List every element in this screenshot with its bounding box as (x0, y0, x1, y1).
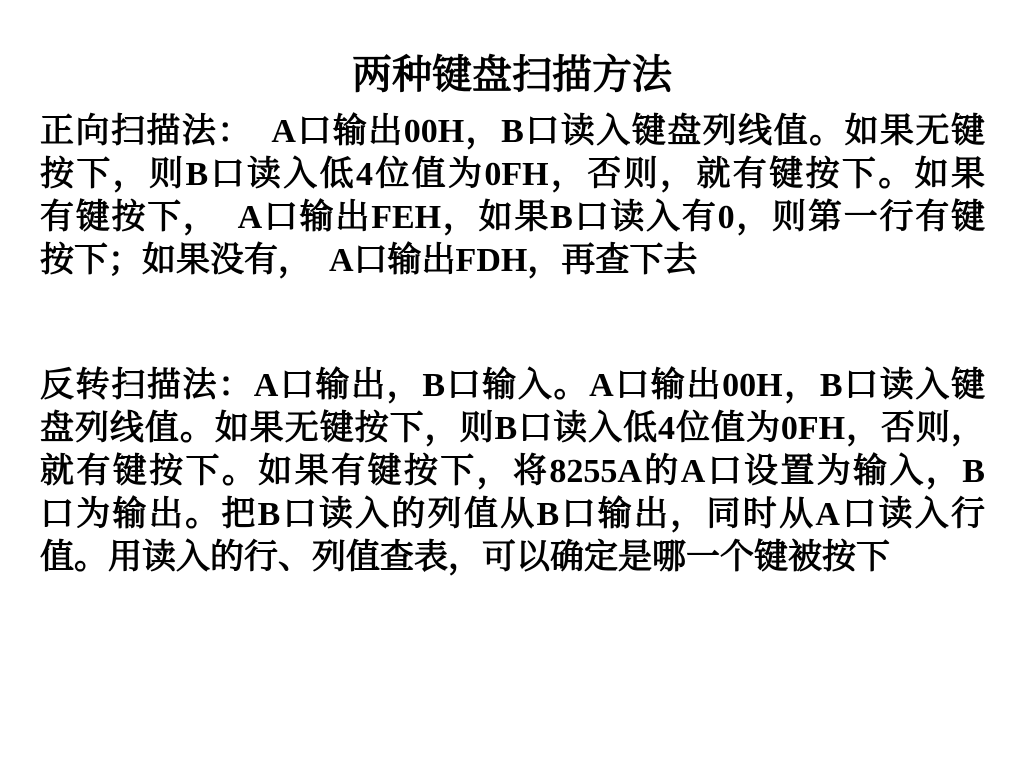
text-line: 盘列线值。如果无键按下，则B口读入低4位值为0FH，否则， (40, 407, 985, 450)
text-line: 按下；如果没有， A口输出FDH，再查下去 (40, 239, 985, 282)
text-line: 就有键按下。如果有键按下，将8255A的A口设置为输入，B (40, 450, 985, 493)
forward-scan-paragraph: 正向扫描法： A口输出00H，B口读入键盘列线值。如果无键 按下，则B口读入低4… (40, 110, 985, 282)
text-line: 反转扫描法：A口输出，B口输入。A口输出00H，B口读入键 (40, 364, 985, 407)
slide-title: 两种键盘扫描方法 (0, 50, 1024, 100)
reverse-scan-paragraph: 反转扫描法：A口输出，B口输入。A口输出00H，B口读入键 盘列线值。如果无键按… (40, 364, 985, 579)
slide-body: 正向扫描法： A口输出00H，B口读入键盘列线值。如果无键 按下，则B口读入低4… (40, 110, 985, 579)
presentation-slide: 两种键盘扫描方法 正向扫描法： A口输出00H，B口读入键盘列线值。如果无键 按… (0, 0, 1024, 768)
text-line: 按下，则B口读入低4位值为0FH，否则，就有键按下。如果 (40, 153, 985, 196)
text-line: 有键按下， A口输出FEH，如果B口读入有0，则第一行有键 (40, 196, 985, 239)
text-line: 正向扫描法： A口输出00H，B口读入键盘列线值。如果无键 (40, 110, 985, 153)
text-line: 口为输出。把B口读入的列值从B口输出，同时从A口读入行 (40, 493, 985, 536)
text-line: 值。用读入的行、列值查表，可以确定是哪一个键被按下 (40, 536, 985, 579)
